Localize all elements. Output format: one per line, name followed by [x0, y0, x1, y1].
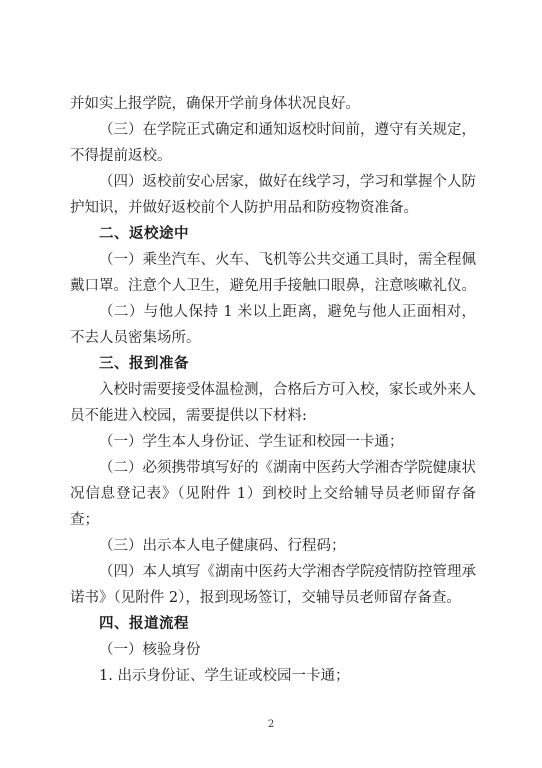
paragraph-material-2: （二）必须携带填写好的《湖南中医药大学湘杏学院健康状况信息登记表》（见附件 1）…: [70, 455, 476, 533]
paragraph-item-4-pre-return: （四）返校前安心居家，做好在线学习，学习和掌握个人防护知识，并做好返校前个人防护…: [70, 169, 476, 221]
paragraph-item-3-pre-return: （三）在学院正式确定和通知返校时间前，遵守有关规定，不得提前返校。: [70, 117, 476, 169]
page-number: 2: [0, 719, 542, 730]
document-page: 并如实上报学院，确保开学前身体状况良好。 （三）在学院正式确定和通知返校时间前，…: [0, 0, 542, 768]
paragraph-item-2-journey: （二）与他人保持 1 米以上距离，避免与他人正面相对，不去人员密集场所。: [70, 299, 476, 351]
paragraph-material-3: （三）出示本人电子健康码、行程码；: [70, 533, 476, 559]
document-body: 并如实上报学院，确保开学前身体状况良好。 （三）在学院正式确定和通知返校时间前，…: [70, 91, 476, 689]
paragraph-step-identity-check: （一）核验身份: [70, 637, 476, 663]
section-heading-return-journey: 二、返校途中: [70, 221, 476, 247]
paragraph-material-1: （一）学生本人身份证、学生证和校园一卡通；: [70, 429, 476, 455]
paragraph-continuation: 并如实上报学院，确保开学前身体状况良好。: [70, 91, 476, 117]
paragraph-prep-intro: 入校时需要接受体温检测，合格后方可入校，家长或外来人员不能进入校园，需要提供以下…: [70, 377, 476, 429]
paragraph-item-1-journey: （一）乘坐汽车、火车、飞机等公共交通工具时，需全程佩戴口罩。注意个人卫生，避免用…: [70, 247, 476, 299]
section-heading-registration-process: 四、报道流程: [70, 611, 476, 637]
paragraph-step-identity-check-1: 1. 出示身份证、学生证或校园一卡通；: [70, 663, 476, 689]
paragraph-material-4: （四）本人填写《湖南中医药大学湘杏学院疫情防控管理承诺书》（见附件 2），报到现…: [70, 559, 476, 611]
section-heading-registration-prep: 三、报到准备: [70, 351, 476, 377]
